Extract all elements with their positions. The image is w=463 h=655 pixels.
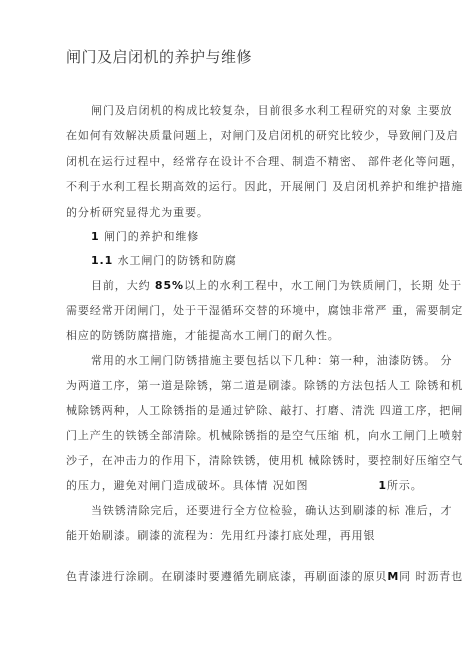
text: 以上的水利工程中，水工闸门为铁质闸门，长期 处于	[184, 279, 462, 292]
paragraph-line: 能开始刷漆。刷漆的流程为：先用红丹漆打底处理，再用银	[66, 527, 375, 543]
paragraph-line: 相应的防锈防腐措施，才能提高水工闸门的耐久性。	[66, 327, 340, 343]
section-number: 1.1	[91, 254, 113, 267]
document-page: 闸门及启闭机的养护与维修 闸门及启闭机的构成比较复杂，目前很多水利工程研究的对象…	[0, 0, 463, 655]
glyph-artifact: M	[387, 570, 399, 583]
paragraph-line: 需要经常开闭闸门，处于干湿循环交替的环境中，腐蚀非常严 重，需要制定	[66, 302, 463, 318]
percent-value: 85%	[155, 279, 184, 292]
paragraph-line: 门上产生的铁锈全部清除。机械除锈指的是空气压缩 机，向水工闸门上喷射	[66, 427, 463, 443]
text: 所示。	[387, 479, 423, 492]
text: 同 时沥青也	[399, 570, 463, 583]
paragraph-line: 不利于水利工程长期高效的运行。因此，开展闸门 及启闭机养护和维护措施	[66, 178, 463, 194]
section-heading-1-1: 1.1 水工闸门的防锈和防腐	[91, 252, 237, 268]
paragraph-line: 闭机在运行过程中，经常存在设计不合理、制造不精密、 部件老化等问题，	[66, 153, 463, 169]
section-label: 闸门的养护和维修	[104, 230, 199, 243]
section-number: 1	[91, 230, 100, 243]
paragraph-line: 的分析研究显得尤为重要。	[66, 204, 209, 220]
document-title: 闸门及启闭机的养护与维修	[66, 46, 252, 67]
paragraph-line: 在如何有效解决质量问题上，对闸门及启闭机的研究比较少，导致闸门及启	[66, 127, 459, 143]
paragraph-line: 常用的水工闸门防锈措施主要包括以下几种：第一种，油漆防锈。 分	[91, 352, 452, 368]
figure-number: 1	[378, 479, 387, 492]
text: 色青漆进行涂刷。在刷漆时要遵循先刷底漆，再刷面漆的原贝	[66, 570, 387, 583]
paragraph-line: 目前，大约 85%以上的水利工程中，水工闸门为铁质闸门，长期 处于	[91, 277, 462, 293]
paragraph-line: 色青漆进行涂刷。在刷漆时要遵循先刷底漆，再刷面漆的原贝M同 时沥青也	[66, 568, 463, 584]
paragraph-line: 当铁锈清除完后，还要进行全方位检验，确认达到刷漆的标 准后，才	[91, 502, 452, 518]
paragraph-line: 闸门及启闭机的构成比较复杂，目前很多水利工程研究的对象 主要放	[91, 102, 452, 118]
paragraph-line: 沙子，在冲击力的作用下，清除铁锈，使用机 械除锈时，要控制好压缩空气	[66, 452, 463, 468]
text: 的压力，避免对闸门造成破坏。具体情 况如图	[66, 479, 308, 492]
section-heading-1: 1 闸门的养护和维修	[91, 228, 199, 244]
paragraph-line: 为两道工序，第一道是除锈，第二道是刷漆。除锈的方法包括人工 除锈和机	[66, 377, 463, 393]
text: 目前，大约	[91, 279, 155, 292]
section-label: 水工闸门的防锈和防腐	[118, 254, 237, 267]
paragraph-line: 械除锈两种，人工除锈指的是通过铲除、敲打、打磨、清洗 四道工序，把闸	[66, 402, 463, 418]
paragraph-line: 的压力，避免对闸门造成破坏。具体情 况如图1所示。	[66, 477, 423, 493]
